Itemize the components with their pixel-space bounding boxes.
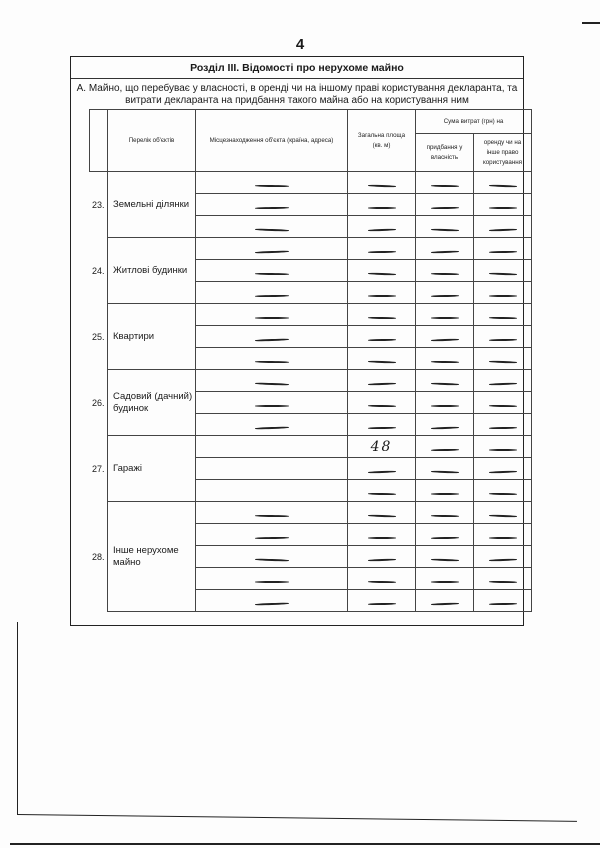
cell-area	[348, 304, 416, 326]
dash-mark	[255, 317, 289, 319]
table-row: 26.Садовий (дачний) будинок	[90, 370, 532, 392]
category-label: Житлові будинки	[108, 238, 196, 304]
cell-location	[196, 194, 348, 216]
dash-mark	[254, 207, 288, 209]
dash-mark	[488, 603, 516, 605]
cell-location	[196, 260, 348, 282]
table-row: 27.Гаражі48	[90, 436, 532, 458]
cell-area	[348, 326, 416, 348]
subsection-title: А. Майно, що перебуває у власності, в ор…	[71, 83, 523, 107]
dash-mark	[430, 471, 458, 473]
cell-purchase	[416, 370, 474, 392]
dash-mark	[367, 581, 395, 583]
dash-mark	[430, 515, 458, 517]
cell-rent	[474, 304, 532, 326]
real-estate-table: Перелік об'єктів Місцезнаходження об'єкт…	[89, 109, 532, 612]
frame-line	[17, 814, 577, 822]
dash-mark	[488, 361, 516, 363]
dash-mark	[431, 405, 459, 407]
dash-mark	[488, 559, 516, 561]
cell-location	[196, 568, 348, 590]
cell-purchase	[416, 304, 474, 326]
dash-mark	[488, 229, 516, 231]
dash-mark	[254, 361, 288, 363]
cell-purchase	[416, 414, 474, 436]
cell-purchase	[416, 546, 474, 568]
dash-mark	[367, 317, 395, 319]
cell-rent	[474, 370, 532, 392]
handwritten-value: 48	[371, 439, 393, 455]
category-number: 25.	[90, 304, 108, 370]
cell-location	[196, 392, 348, 414]
dash-mark	[430, 537, 458, 539]
cell-rent	[474, 502, 532, 524]
cell-purchase	[416, 326, 474, 348]
header-expenses: Сума витрат (грн) на	[416, 110, 532, 134]
dash-mark	[254, 338, 288, 341]
dash-mark	[367, 559, 395, 561]
cell-location	[196, 590, 348, 612]
cell-rent	[474, 414, 532, 436]
dash-mark	[255, 405, 289, 407]
cell-rent	[474, 590, 532, 612]
cell-location	[196, 546, 348, 568]
dash-mark	[488, 339, 516, 341]
cell-area	[348, 194, 416, 216]
dash-mark	[488, 185, 516, 187]
table-row: 28.Інше нерухоме майно	[90, 502, 532, 524]
cell-purchase	[416, 216, 474, 238]
dash-mark	[254, 602, 288, 605]
cell-rent	[474, 546, 532, 568]
dash-mark	[488, 317, 516, 319]
cell-area	[348, 370, 416, 392]
cell-area	[348, 480, 416, 502]
cell-location	[196, 524, 348, 546]
dash-mark	[367, 339, 395, 341]
dash-mark	[430, 207, 458, 209]
dash-mark	[488, 471, 516, 473]
category-label: Садовий (дачний) будинок	[108, 370, 196, 436]
cell-location	[196, 282, 348, 304]
dash-mark	[488, 581, 516, 583]
cell-area	[348, 414, 416, 436]
cell-location	[196, 326, 348, 348]
dash-mark	[488, 493, 516, 495]
dash-mark	[367, 383, 395, 385]
dash-mark	[367, 229, 395, 231]
dash-mark	[431, 493, 459, 495]
cell-purchase	[416, 458, 474, 480]
section-frame: Розділ III. Відомості про нерухоме майно…	[70, 56, 524, 626]
dash-mark	[367, 427, 395, 429]
scan-mark	[582, 22, 600, 24]
cell-rent	[474, 524, 532, 546]
cell-rent	[474, 260, 532, 282]
cell-rent	[474, 458, 532, 480]
dash-mark	[367, 251, 395, 253]
dash-mark	[430, 339, 458, 341]
category-number: 26.	[90, 370, 108, 436]
dash-mark	[430, 185, 458, 187]
cell-rent	[474, 172, 532, 194]
cell-area: 48	[348, 436, 416, 458]
cell-rent	[474, 326, 532, 348]
cell-area	[348, 568, 416, 590]
category-label: Квартири	[108, 304, 196, 370]
dash-mark	[430, 229, 458, 231]
category-number: 24.	[90, 238, 108, 304]
dash-mark	[254, 228, 288, 231]
dash-mark	[368, 537, 396, 539]
dash-mark	[430, 603, 458, 605]
cell-rent	[474, 392, 532, 414]
dash-mark	[254, 537, 288, 539]
cell-location	[196, 370, 348, 392]
table-row: 25.Квартири	[90, 304, 532, 326]
dash-mark	[489, 537, 517, 539]
dash-mark	[430, 559, 458, 561]
dash-mark	[254, 273, 288, 275]
dash-mark	[367, 493, 395, 495]
cell-area	[348, 172, 416, 194]
cell-area	[348, 260, 416, 282]
cell-area	[348, 524, 416, 546]
cell-location	[196, 238, 348, 260]
dash-mark	[254, 250, 288, 253]
cell-purchase	[416, 348, 474, 370]
cell-rent	[474, 282, 532, 304]
cell-rent	[474, 216, 532, 238]
cell-location	[196, 304, 348, 326]
dash-mark	[431, 581, 459, 583]
dash-mark	[367, 361, 395, 363]
dash-mark	[254, 382, 288, 385]
cell-rent	[474, 568, 532, 590]
cell-area	[348, 458, 416, 480]
dash-mark	[431, 317, 459, 319]
cell-location	[196, 502, 348, 524]
cell-rent	[474, 348, 532, 370]
cell-rent	[474, 238, 532, 260]
dash-mark	[367, 515, 395, 517]
dash-mark	[488, 251, 516, 253]
dash-mark	[368, 295, 396, 297]
header-location: Місцезнаходження об'єкта (країна, адреса…	[196, 110, 348, 172]
dash-mark	[254, 295, 288, 297]
cell-purchase	[416, 194, 474, 216]
cell-area	[348, 238, 416, 260]
dash-mark	[367, 405, 395, 407]
cell-area	[348, 502, 416, 524]
dash-mark	[254, 515, 288, 517]
dash-mark	[430, 251, 458, 253]
category-number: 28.	[90, 502, 108, 612]
header-purchase: придбання у власність	[416, 134, 474, 172]
dash-mark	[367, 185, 395, 187]
dash-mark	[430, 427, 458, 429]
table-body: 23.Земельні ділянки24.Житлові будинки25.…	[90, 172, 532, 612]
header-objects: Перелік об'єктів	[108, 110, 196, 172]
dash-mark	[488, 405, 516, 407]
cell-area	[348, 348, 416, 370]
cell-purchase	[416, 260, 474, 282]
dash-mark	[488, 427, 516, 429]
cell-purchase	[416, 436, 474, 458]
dash-mark	[488, 383, 516, 385]
cell-area	[348, 392, 416, 414]
dash-mark	[430, 273, 458, 275]
dash-mark	[430, 361, 458, 363]
cell-purchase	[416, 568, 474, 590]
cell-purchase	[416, 282, 474, 304]
dash-mark	[489, 207, 517, 209]
header-area: Загальна площа (кв. м)	[348, 110, 416, 172]
cell-purchase	[416, 480, 474, 502]
dash-mark	[430, 295, 458, 297]
dash-mark	[367, 471, 395, 473]
cell-purchase	[416, 502, 474, 524]
dash-mark	[367, 603, 395, 605]
cell-location	[196, 414, 348, 436]
cell-area	[348, 590, 416, 612]
page-edge-line	[10, 843, 600, 845]
cell-area	[348, 546, 416, 568]
dash-mark	[488, 515, 516, 517]
dash-mark	[488, 273, 516, 275]
cell-purchase	[416, 172, 474, 194]
cell-location	[196, 458, 348, 480]
dash-mark	[489, 295, 517, 297]
cell-area	[348, 216, 416, 238]
cell-rent	[474, 436, 532, 458]
category-label: Інше нерухоме майно	[108, 502, 196, 612]
dash-mark	[254, 185, 288, 187]
dash-mark	[430, 383, 458, 385]
category-number: 27.	[90, 436, 108, 502]
cell-purchase	[416, 238, 474, 260]
cell-purchase	[416, 524, 474, 546]
frame-line	[17, 622, 18, 814]
cell-purchase	[416, 590, 474, 612]
category-label: Гаражі	[108, 436, 196, 502]
cell-area	[348, 282, 416, 304]
table-row: 24.Житлові будинки	[90, 238, 532, 260]
table-row: 23.Земельні ділянки	[90, 172, 532, 194]
cell-rent	[474, 480, 532, 502]
section-title: Розділ III. Відомості про нерухоме майно	[71, 57, 523, 79]
cell-location	[196, 172, 348, 194]
dash-mark	[489, 449, 517, 451]
cell-location	[196, 348, 348, 370]
cell-rent	[474, 194, 532, 216]
page-number: 4	[0, 36, 600, 53]
dash-mark	[368, 207, 396, 209]
cell-purchase	[416, 392, 474, 414]
header-rent: оренду чи на інше право користування	[474, 134, 532, 172]
cell-location	[196, 480, 348, 502]
category-label: Земельні ділянки	[108, 172, 196, 238]
dash-mark	[255, 581, 289, 583]
category-number: 23.	[90, 172, 108, 238]
cell-location	[196, 216, 348, 238]
dash-mark	[254, 426, 288, 429]
cell-location	[196, 436, 348, 458]
dash-mark	[254, 558, 288, 561]
dash-mark	[367, 273, 395, 275]
dash-mark	[430, 449, 458, 451]
